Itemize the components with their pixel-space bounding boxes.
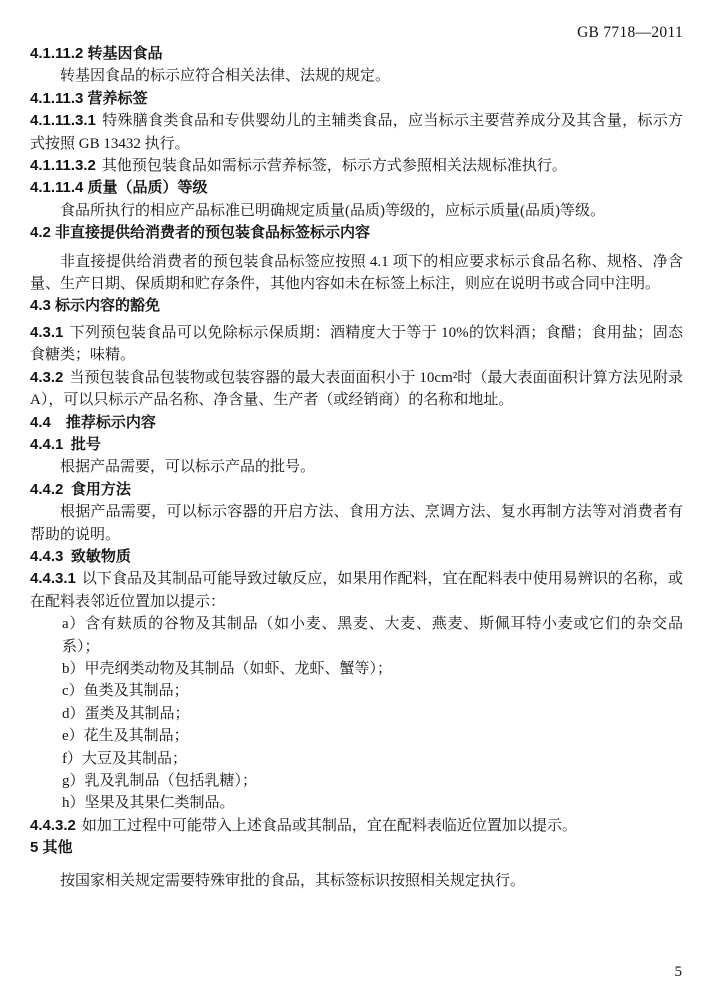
allergen-list: a）含有麸质的谷物及其制品（如小麦、黑麦、大麦、燕麦、斯佩耳特小麦或它们的杂交品…: [30, 613, 683, 815]
paragraph-transgenic: 转基因食品的标示应符合相关法律、法规的规定。: [30, 65, 683, 87]
document-content: 4.1.11.2 转基因食品 转基因食品的标示应符合相关法律、法规的规定。 4.…: [30, 43, 683, 892]
doc-code: GB 7718—2011: [577, 24, 683, 41]
list-item-fish: c）鱼类及其制品；: [30, 680, 683, 702]
section-heading-4-4-1: 4.4.1 批号: [30, 434, 683, 456]
section-heading-4-4-3: 4.4.3 致敏物质: [30, 546, 683, 568]
clause-4-1-11-3-1: 4.1.11.3.1特殊膳食类食品和专供婴幼儿的主辅类食品，应当标示主要营养成分…: [30, 110, 683, 155]
paragraph-quality-grade: 食品所执行的相应产品标准已明确规定质量(品质)等级的，应标示质量(品质)等级。: [30, 200, 683, 222]
list-item-egg: d）蛋类及其制品；: [30, 703, 683, 725]
clause-text: 以下食品及其制品可能导致过敏反应，如果用作配料，宜在配料表中使用易辨识的名称，或…: [30, 571, 683, 609]
clause-number: 4.4.3.2: [30, 817, 76, 834]
page-header: GB 7718—2011: [30, 24, 683, 41]
clause-number: 4.3.1: [30, 324, 63, 341]
clause-4-1-11-3-2: 4.1.11.3.2其他预包装食品如需标示营养标签，标示方式参照相关法规标准执行…: [30, 155, 683, 177]
section-heading-4-3: 4.3 标示内容的豁免: [30, 295, 683, 317]
clause-text: 特殊膳食类食品和专供婴幼儿的主辅类食品，应当标示主要营养成分及其含量，标示方式按…: [30, 113, 683, 151]
clause-4-3-1: 4.3.1下列预包装食品可以免除标示保质期：酒精度大于等于 10%的饮料酒；食醋…: [30, 322, 683, 367]
clause-number: 4.3.2: [30, 369, 63, 386]
paragraph-usage-method: 根据产品需要，可以标示容器的开启方法、食用方法、烹调方法、复水再制方法等对消费者…: [30, 501, 683, 546]
paragraph-batch-number: 根据产品需要，可以标示产品的批号。: [30, 456, 683, 478]
clause-number: 4.1.11.3.1: [30, 112, 96, 129]
clause-text: 当预包装食品包装物或包装容器的最大表面面积小于 10cm²时（最大表面面积计算方…: [30, 370, 683, 408]
section-heading-4-2: 4.2 非直接提供给消费者的预包装食品标签标示内容: [30, 222, 683, 244]
list-item-soybean: f）大豆及其制品；: [30, 748, 683, 770]
clause-4-4-3-1: 4.4.3.1以下食品及其制品可能导致过敏反应，如果用作配料，宜在配料表中使用易…: [30, 568, 683, 613]
section-heading-5: 5 其他: [30, 837, 683, 859]
clause-4-3-2: 4.3.2当预包装食品包装物或包装容器的最大表面面积小于 10cm²时（最大表面…: [30, 367, 683, 412]
list-item-milk: g）乳及乳制品（包括乳糖）；: [30, 770, 683, 792]
section-heading-4-1-11-3: 4.1.11.3 营养标签: [30, 88, 683, 110]
paragraph-special-approval: 按国家相关规定需要特殊审批的食品，其标签标识按照相关规定执行。: [30, 870, 683, 892]
section-heading-4-1-11-2: 4.1.11.2 转基因食品: [30, 43, 683, 65]
document-page: GB 7718—2011 4.1.11.2 转基因食品 转基因食品的标示应符合相…: [0, 0, 708, 1006]
clause-text: 如加工过程中可能带入上述食品或其制品，宜在配料表临近位置加以提示。: [82, 818, 577, 834]
list-item-nuts: h）坚果及其果仁类制品。: [30, 792, 683, 814]
list-item-peanut: e）花生及其制品；: [30, 725, 683, 747]
list-item-crustacean: b）甲壳纲类动物及其制品（如虾、龙虾、蟹等）；: [30, 658, 683, 680]
paragraph-indirect-labeling: 非直接提供给消费者的预包装食品标签应按照 4.1 项下的相应要求标示食品名称、规…: [30, 251, 683, 296]
clause-text: 其他预包装食品如需标示营养标签，标示方式参照相关法规标准执行。: [102, 158, 567, 174]
section-heading-4-1-11-4: 4.1.11.4 质量（品质）等级: [30, 177, 683, 199]
clause-number: 4.1.11.3.2: [30, 157, 96, 174]
list-item-gluten: a）含有麸质的谷物及其制品（如小麦、黑麦、大麦、燕麦、斯佩耳特小麦或它们的杂交品…: [30, 613, 683, 658]
clause-number: 4.4.3.1: [30, 570, 76, 587]
section-heading-4-4-2: 4.4.2 食用方法: [30, 479, 683, 501]
clause-4-4-3-2: 4.4.3.2如加工过程中可能带入上述食品或其制品，宜在配料表临近位置加以提示。: [30, 815, 683, 837]
clause-text: 下列预包装食品可以免除标示保质期：酒精度大于等于 10%的饮料酒；食醋；食用盐；…: [30, 325, 683, 363]
page-number: 5: [675, 961, 683, 983]
section-heading-4-4: 4.4 推荐标示内容: [30, 412, 683, 434]
